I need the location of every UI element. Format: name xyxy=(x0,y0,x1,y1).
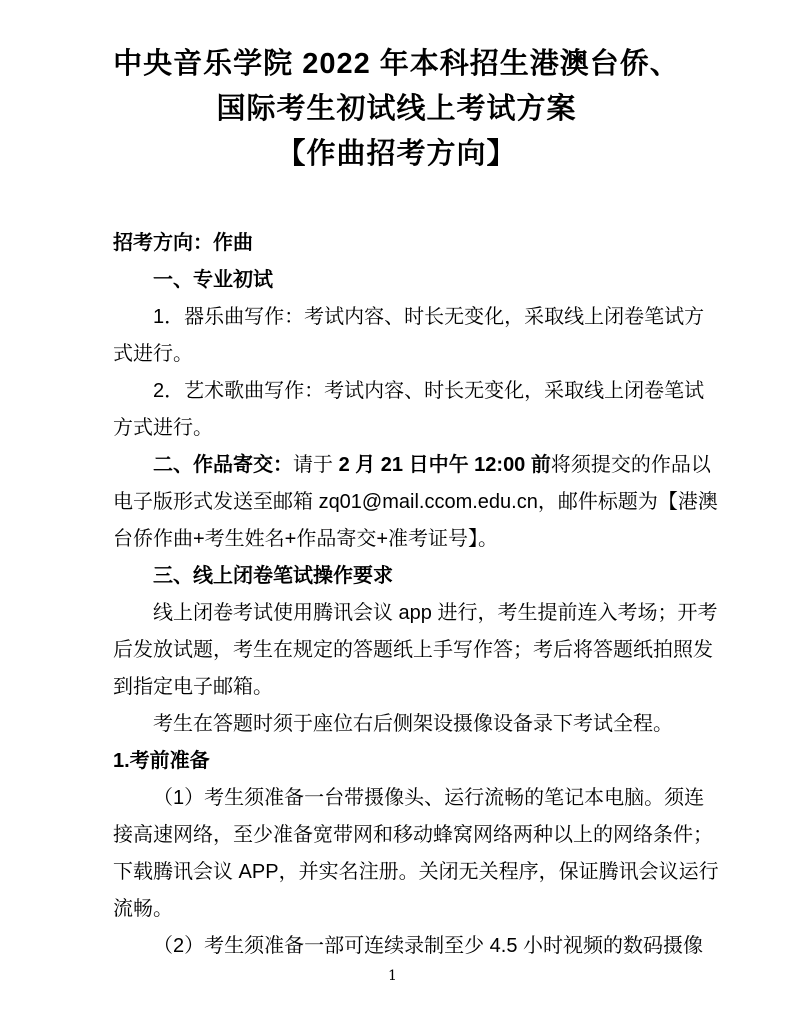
bold-text-run: 二、作品寄交： xyxy=(153,454,293,476)
text-run: 线上闭卷考试使用腾讯会议 app 进行，考生提前连入考场；开考 xyxy=(153,602,717,624)
section-1-heading: 一、专业初试 xyxy=(113,262,680,299)
text-line: 后发放试题，考生在规定的答题纸上手写作答；考后将答题纸拍照发 xyxy=(113,632,680,669)
text-line: 1．器乐曲写作：考试内容、时长无变化，采取线上闭卷笔试方 xyxy=(113,299,680,336)
document-content: 中央音乐学院 2022 年本科招生港澳台侨、国际考生初试线上考试方案【作曲招考方… xyxy=(113,42,680,965)
text-run: 到指定电子邮箱。 xyxy=(113,676,273,698)
text-run: 方式进行。 xyxy=(113,417,213,439)
text-run: 电子版形式发送至邮箱 xyxy=(113,491,319,513)
text-run: （2）考生须准备一部可连续录制至少 4.5 小时视频的数码摄像 xyxy=(153,935,703,957)
text-run: 台侨作曲+考生姓名+作品寄交+准考证号】。 xyxy=(113,528,498,550)
item-instrumental-writing: 1．器乐曲写作：考试内容、时长无变化，采取线上闭卷笔试方式进行。 xyxy=(113,299,680,373)
para-written-exam-procedure: 线上闭卷考试使用腾讯会议 app 进行，考生提前连入考场；开考后发放试题，考生在… xyxy=(113,595,680,706)
text-line: （2）考生须准备一部可连续录制至少 4.5 小时视频的数码摄像 xyxy=(113,928,680,965)
para-camera-requirement: 考生在答题时须于座位右后侧架设摄像设备录下考试全程。 xyxy=(113,706,680,743)
text-run: 接高速网络，至少准备宽带网和移动蜂窝网络两种以上的网络条件； xyxy=(113,824,713,846)
text-run: 考生在答题时须于座位右后侧架设摄像设备录下考试全程。 xyxy=(153,713,673,735)
text-run: 下载腾讯会议 APP，并实名注册。关闭无关程序，保证腾讯会议运行 xyxy=(113,861,719,883)
section-2-submission: 二、作品寄交：请于 2 月 21 日中午 12:00 前将须提交的作品以电子版形… xyxy=(113,447,680,558)
title-line: 【作曲招考方向】 xyxy=(113,132,680,177)
text-line: 线上闭卷考试使用腾讯会议 app 进行，考生提前连入考场；开考 xyxy=(113,595,680,632)
text-line: 考生在答题时须于座位右后侧架设摄像设备录下考试全程。 xyxy=(113,706,680,743)
text-line: 下载腾讯会议 APP，并实名注册。关闭无关程序，保证腾讯会议运行 xyxy=(113,854,680,891)
section-3-heading: 三、线上闭卷笔试操作要求 xyxy=(113,558,680,595)
title-line: 中央音乐学院 2022 年本科招生港澳台侨、 xyxy=(113,42,680,87)
document-page: 中央音乐学院 2022 年本科招生港澳台侨、国际考生初试线上考试方案【作曲招考方… xyxy=(0,0,785,1028)
text-run: （1）考生须准备一台带摄像头、运行流畅的笔记本电脑。须连 xyxy=(153,787,704,809)
bold-text-run: 一、专业初试 xyxy=(153,269,273,291)
document-title: 中央音乐学院 2022 年本科招生港澳台侨、国际考生初试线上考试方案【作曲招考方… xyxy=(113,42,680,177)
text-run: 后发放试题，考生在规定的答题纸上手写作答；考后将答题纸拍照发 xyxy=(113,639,713,661)
page-number: 1 xyxy=(0,968,785,984)
text-line: 三、线上闭卷笔试操作要求 xyxy=(113,558,680,595)
text-line: 式进行。 xyxy=(113,336,680,373)
text-run: 将须提交的作品以 xyxy=(551,454,711,476)
bold-text-run: 三、线上闭卷笔试操作要求 xyxy=(153,565,393,587)
text-line: （1）考生须准备一台带摄像头、运行流畅的笔记本电脑。须连 xyxy=(113,780,680,817)
item-art-song-writing: 2．艺术歌曲写作：考试内容、时长无变化，采取线上闭卷笔试方式进行。 xyxy=(113,373,680,447)
bold-text-run: 招考方向：作曲 xyxy=(113,232,253,254)
text-line: 一、专业初试 xyxy=(113,262,680,299)
text-line: 接高速网络，至少准备宽带网和移动蜂窝网络两种以上的网络条件； xyxy=(113,817,680,854)
text-line: 1.考前准备 xyxy=(113,743,680,780)
admission-direction-heading: 招考方向：作曲 xyxy=(113,225,680,262)
text-run: ，邮件标题为【港澳 xyxy=(538,491,718,513)
text-run: 流畅。 xyxy=(113,898,173,920)
prep-item-2: （2）考生须准备一部可连续录制至少 4.5 小时视频的数码摄像 xyxy=(113,928,680,965)
bold-text-run: 2 月 21 日中午 12:00 前 xyxy=(339,454,551,476)
text-run: 式进行。 xyxy=(113,343,193,365)
email-address: zq01@mail.ccom.edu.cn xyxy=(319,491,538,513)
title-line: 国际考生初试线上考试方案 xyxy=(113,87,680,132)
text-line: 流畅。 xyxy=(113,891,680,928)
text-line: 电子版形式发送至邮箱 zq01@mail.ccom.edu.cn，邮件标题为【港… xyxy=(113,484,680,521)
text-run: 请于 xyxy=(293,454,339,476)
document-body: 招考方向：作曲一、专业初试1．器乐曲写作：考试内容、时长无变化，采取线上闭卷笔试… xyxy=(113,225,680,965)
prep-heading: 1.考前准备 xyxy=(113,743,680,780)
text-line: 台侨作曲+考生姓名+作品寄交+准考证号】。 xyxy=(113,521,680,558)
prep-item-1: （1）考生须准备一台带摄像头、运行流畅的笔记本电脑。须连接高速网络，至少准备宽带… xyxy=(113,780,680,928)
text-line: 二、作品寄交：请于 2 月 21 日中午 12:00 前将须提交的作品以 xyxy=(113,447,680,484)
text-line: 招考方向：作曲 xyxy=(113,225,680,262)
text-line: 方式进行。 xyxy=(113,410,680,447)
text-line: 2．艺术歌曲写作：考试内容、时长无变化，采取线上闭卷笔试 xyxy=(113,373,680,410)
text-run: 2．艺术歌曲写作：考试内容、时长无变化，采取线上闭卷笔试 xyxy=(153,380,704,402)
bold-text-run: 1.考前准备 xyxy=(113,750,210,772)
text-line: 到指定电子邮箱。 xyxy=(113,669,680,706)
text-run: 1．器乐曲写作：考试内容、时长无变化，采取线上闭卷笔试方 xyxy=(153,306,704,328)
